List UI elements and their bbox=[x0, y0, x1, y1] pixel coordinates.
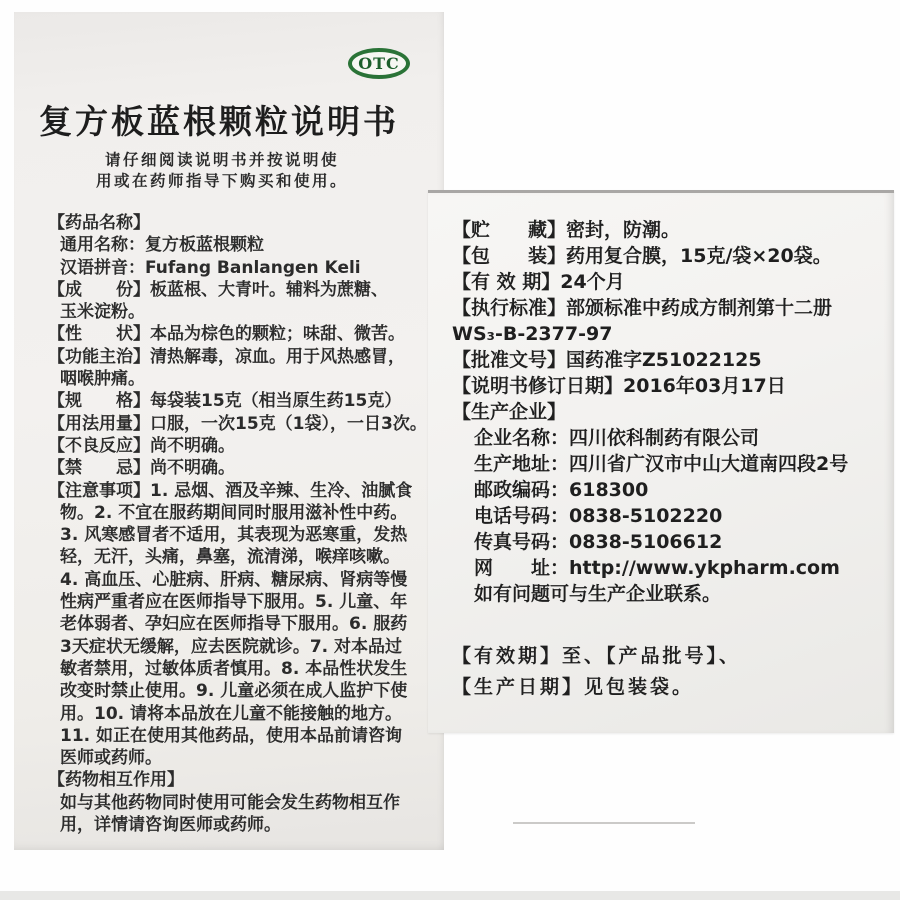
text-line: 【贮 藏】密封，防潮。 bbox=[452, 217, 886, 243]
text-line: 【成 份】板蓝根、大青叶。辅料为蔗糖、 bbox=[48, 279, 434, 301]
text-line: 轻，无汗，头痛，鼻塞，流清涕，喉痒咳嗽。 bbox=[48, 546, 434, 568]
text-line: 如与其他药物同时使用可能会发生药物相互作 bbox=[48, 792, 434, 814]
text-line: 物。2. 不宜在服药期间同时服用滋补性中药。 bbox=[48, 502, 434, 524]
text-line: 电话号码：0838-5102220 bbox=[452, 503, 886, 529]
text-line: 【执行标准】部颁标准中药成方制剂第十二册 bbox=[452, 295, 886, 321]
right-page-body: 【贮 藏】密封，防潮。【包 装】药用复合膜，15克/袋×20袋。【有 效 期】2… bbox=[452, 217, 886, 607]
text-line: 企业名称：四川依科制药有限公司 bbox=[452, 425, 886, 451]
text-line: 【药品名称】 bbox=[48, 212, 434, 234]
page-title: 复方板蓝根颗粒说明书 bbox=[14, 96, 424, 143]
text-line: 网 址：http://www.ykpharm.com bbox=[452, 555, 886, 581]
package-insert-photo: OTC 复方板蓝根颗粒说明书 请仔细阅读说明书并按说明使 用或在药师指导下购买和… bbox=[0, 0, 900, 900]
text-line: 邮政编码：618300 bbox=[452, 477, 886, 503]
text-line: 【生产企业】 bbox=[452, 399, 886, 425]
text-line: 【注意事项】1. 忌烟、酒及辛辣、生冷、油腻食 bbox=[48, 480, 434, 502]
text-line: 用。10. 请将本品放在儿童不能接触的地方。 bbox=[48, 703, 434, 725]
left-page-body: 【药品名称】通用名称：复方板蓝根颗粒汉语拼音：Fufang Banlangen … bbox=[48, 212, 434, 836]
left-page: OTC 复方板蓝根颗粒说明书 请仔细阅读说明书并按说明使 用或在药师指导下购买和… bbox=[14, 12, 444, 850]
text-line: 【用法用量】口服，一次15克（1袋），一日3次。 bbox=[48, 413, 434, 435]
text-line: 【批准文号】国药准字Z51022125 bbox=[452, 347, 886, 373]
text-line: 【包 装】药用复合膜，15克/袋×20袋。 bbox=[452, 243, 886, 269]
text-line: 性病严重者应在医师指导下服用。5. 儿童、年 bbox=[48, 591, 434, 613]
notice-line-1: 请仔细阅读说明书并按说明使 bbox=[14, 150, 430, 171]
text-line: 改变时禁止使用。9. 儿童必须在成人监护下使 bbox=[48, 680, 434, 702]
paper-edge-line bbox=[513, 822, 695, 824]
text-line: 咽喉肿痛。 bbox=[48, 368, 434, 390]
text-line: 汉语拼音：Fufang Banlangen Keli bbox=[48, 257, 434, 279]
text-line: 【规 格】每袋装15克（相当原生药15克） bbox=[48, 390, 434, 412]
text-line: 【有 效 期】24个月 bbox=[452, 269, 886, 295]
text-line: 【说明书修订日期】2016年03月17日 bbox=[452, 373, 886, 399]
text-line: 医师或药师。 bbox=[48, 747, 434, 769]
text-line: WS₃-B-2377-97 bbox=[452, 321, 886, 347]
text-line: 11. 如正在使用其他药品，使用本品前请咨询 bbox=[48, 725, 434, 747]
text-line: 4. 高血压、心脏病、肝病、糖尿病、肾病等慢 bbox=[48, 569, 434, 591]
text-line: 老体弱者、孕妇应在医师指导下服用。6. 服药 bbox=[48, 613, 434, 635]
text-line: 用，详情请咨询医师或药师。 bbox=[48, 814, 434, 836]
text-line: 【性 状】本品为棕色的颗粒；味甜、微苦。 bbox=[48, 323, 434, 345]
text-line: 【药物相互作用】 bbox=[48, 769, 434, 791]
otc-label: OTC bbox=[358, 54, 400, 73]
text-line: 生产地址：四川省广汉市中山大道南四段2号 bbox=[452, 451, 886, 477]
text-line: 【不良反应】尚不明确。 bbox=[48, 435, 434, 457]
footer-line-1: 【有效期】至、【产品批号】、 bbox=[452, 641, 886, 672]
text-line: 【禁 忌】尚不明确。 bbox=[48, 457, 434, 479]
footer-line-2: 【生产日期】见包装袋。 bbox=[452, 672, 886, 703]
text-line: 敏者禁用，过敏体质者慎用。8. 本品性状发生 bbox=[48, 658, 434, 680]
usage-notice: 请仔细阅读说明书并按说明使 用或在药师指导下购买和使用。 bbox=[14, 150, 430, 192]
text-line: 3. 风寒感冒者不适用，其表现为恶寒重，发热 bbox=[48, 524, 434, 546]
text-line: 如有问题可与生产企业联系。 bbox=[452, 581, 886, 607]
right-page-footer: 【有效期】至、【产品批号】、 【生产日期】见包装袋。 bbox=[452, 641, 886, 703]
notice-line-2: 用或在药师指导下购买和使用。 bbox=[14, 171, 430, 192]
right-page: 【贮 藏】密封，防潮。【包 装】药用复合膜，15克/袋×20袋。【有 效 期】2… bbox=[428, 190, 894, 733]
text-line: 【功能主治】清热解毒，凉血。用于风热感冒， bbox=[48, 346, 434, 368]
text-line: 传真号码：0838-5106612 bbox=[452, 529, 886, 555]
text-line: 3天症状无缓解，应去医院就诊。7. 对本品过 bbox=[48, 636, 434, 658]
text-line: 通用名称：复方板蓝根颗粒 bbox=[48, 234, 434, 256]
photo-bottom-edge bbox=[0, 891, 900, 900]
otc-badge: OTC bbox=[348, 48, 410, 79]
text-line: 玉米淀粉。 bbox=[48, 301, 434, 323]
